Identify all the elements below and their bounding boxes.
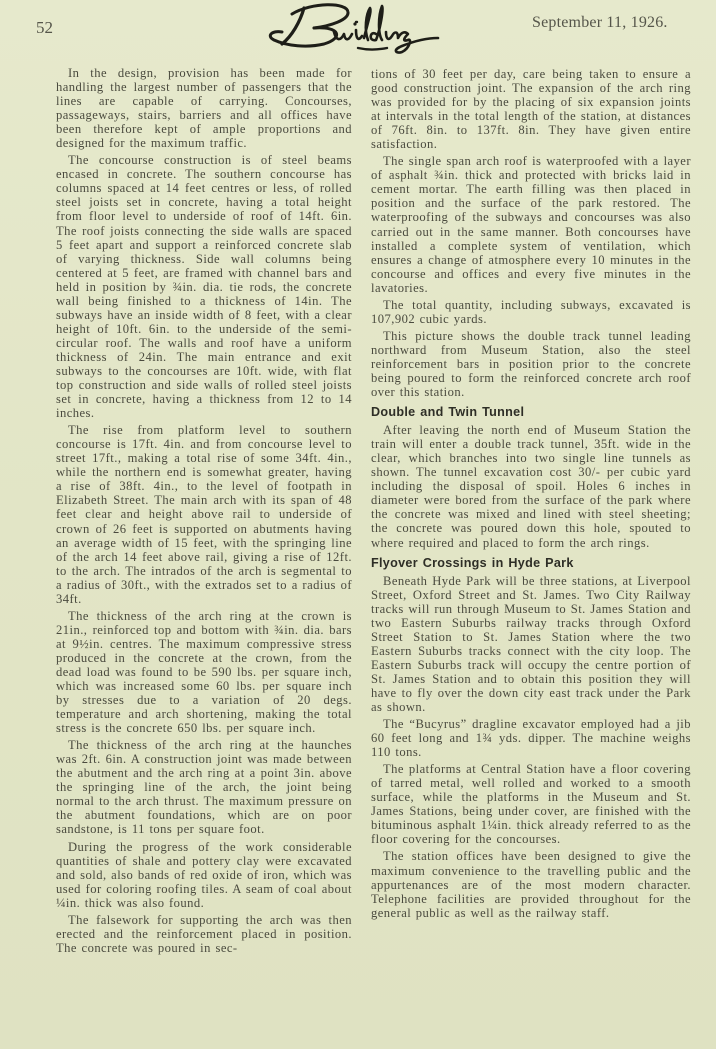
paragraph: After leaving the north end of Museum St…	[371, 423, 691, 549]
paragraph: In the design, provision has been made f…	[56, 66, 352, 150]
issue-date: September 11, 1926.	[532, 14, 668, 32]
building-masthead-logo: Building	[252, 0, 442, 58]
paragraph: The single span arch roof is waterproofe…	[371, 154, 691, 294]
paragraph: The station offices have been designed t…	[371, 849, 691, 919]
paragraph: The total quantity, including subways, e…	[371, 298, 691, 326]
left-column: In the design, provision has been made f…	[56, 66, 352, 958]
paragraph: The rise from platform level to southern…	[56, 423, 352, 606]
section-heading-flyover-crossings: Flyover Crossings in Hyde Park	[371, 556, 691, 570]
magazine-page: 52 Building September 11, 1926. In the d…	[0, 0, 716, 1049]
paragraph: Beneath Hyde Park will be three stations…	[371, 574, 691, 714]
paragraph: The thickness of the arch ring at the ha…	[56, 738, 352, 836]
paragraph: The falsework for supporting the arch wa…	[56, 913, 352, 955]
paragraph: The thickness of the arch ring at the cr…	[56, 609, 352, 735]
page-number: 52	[36, 18, 53, 38]
paragraph: During the progress of the work consider…	[56, 840, 352, 910]
section-heading-double-twin-tunnel: Double and Twin Tunnel	[371, 405, 691, 419]
paragraph: This picture shows the double track tunn…	[371, 329, 691, 399]
paragraph: The concourse construction is of steel b…	[56, 153, 352, 420]
paragraph: The platforms at Central Station have a …	[371, 762, 691, 846]
paragraph-continued: tions of 30 feet per day, care being tak…	[371, 67, 691, 151]
right-column: tions of 30 feet per day, care being tak…	[371, 67, 691, 923]
paragraph: The “Bucyrus” dragline excavator employe…	[371, 717, 691, 759]
